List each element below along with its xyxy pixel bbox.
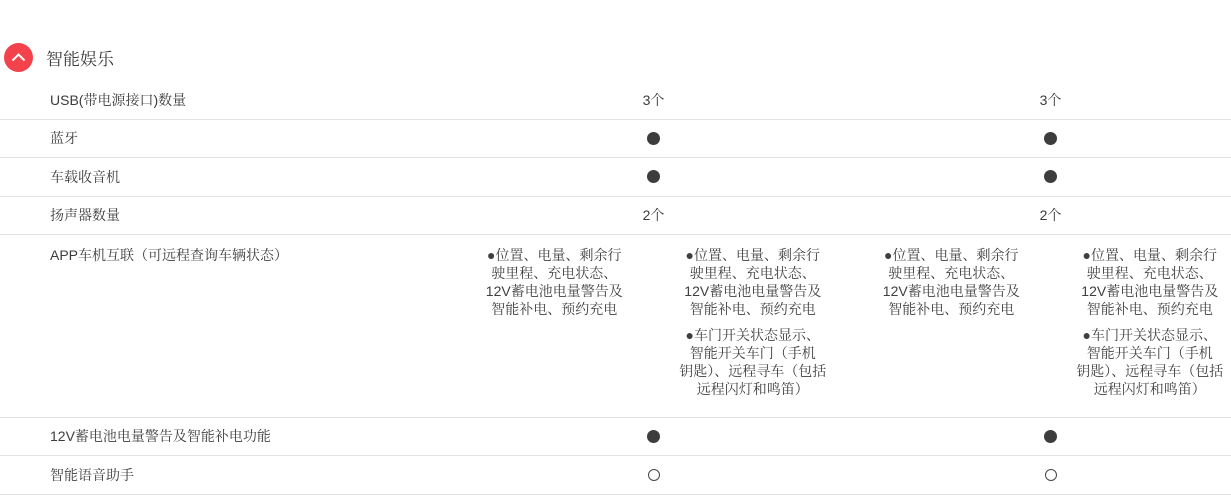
feature-list: ●车门开关状态显示、 智能开关车门（手机 钥匙）、远程寻车（包括 远程闪灯和鸣笛… <box>1071 326 1230 398</box>
section-header: 智能娱乐 <box>4 43 1231 72</box>
empty-dot-icon <box>648 469 660 481</box>
spec-row-bluetooth: 蓝牙 <box>0 120 1231 159</box>
spec-value: 2个 <box>1040 205 1062 225</box>
filled-dot-icon <box>1044 132 1057 145</box>
spec-label: 蓝牙 <box>0 129 455 147</box>
filled-dot-icon <box>647 430 660 443</box>
feature-list: ●位置、电量、剩余行 驶里程、充电状态、 12V蓄电池电量警告及 智能补电、预约… <box>872 246 1031 318</box>
spec-value-col-1: ●位置、电量、剩余行 驶里程、充电状态、 12V蓄电池电量警告及 智能补电、预约… <box>455 246 654 318</box>
spec-row-12v-battery-warning: 12V蓄电池电量警告及智能补电功能 <box>0 418 1231 457</box>
spec-row-speaker-count: 扬声器数量 2个 2个 <box>0 197 1231 236</box>
spec-row-voice-assistant: 智能语音助手 <box>0 456 1231 495</box>
spec-label: 扬声器数量 <box>0 206 455 224</box>
spec-table: USB(带电源接口)数量 3个 3个 蓝牙 车载收音机 <box>0 81 1231 495</box>
spec-row-app-connectivity: APP车机互联（可远程查询车辆状态） ●位置、电量、剩余行 驶里程、充电状态、 … <box>0 235 1231 418</box>
feature-list: ●位置、电量、剩余行 驶里程、充电状态、 12V蓄电池电量警告及 智能补电、预约… <box>674 246 833 318</box>
spec-value-group-1 <box>455 170 852 183</box>
spec-value: 3个 <box>643 90 665 110</box>
spec-label: 12V蓄电池电量警告及智能补电功能 <box>0 427 455 445</box>
spec-value-col-4: ●位置、电量、剩余行 驶里程、充电状态、 12V蓄电池电量警告及 智能补电、预约… <box>1051 246 1231 398</box>
spec-label: USB(带电源接口)数量 <box>0 91 455 109</box>
spec-value-group-2: 2个 <box>852 205 1231 225</box>
spec-value-group-2 <box>852 469 1231 481</box>
filled-dot-icon <box>647 132 660 145</box>
spec-value: 2个 <box>643 205 665 225</box>
section-title: 智能娱乐 <box>46 45 114 70</box>
filled-dot-icon <box>1044 170 1057 183</box>
collapse-section-button[interactable] <box>4 43 33 72</box>
spec-value-group-1: 2个 <box>455 205 852 225</box>
spec-value-group-1 <box>455 430 852 443</box>
spec-value-group-1 <box>455 132 852 145</box>
spec-value: 3个 <box>1040 90 1062 110</box>
spec-comparison-section: 智能娱乐 USB(带电源接口)数量 3个 3个 蓝牙 车载收音机 <box>0 0 1231 495</box>
spec-value-col-3: ●位置、电量、剩余行 驶里程、充电状态、 12V蓄电池电量警告及 智能补电、预约… <box>852 246 1051 318</box>
filled-dot-icon <box>1044 430 1057 443</box>
spec-value-group-2: 3个 <box>852 90 1231 110</box>
spec-value-col-2: ●位置、电量、剩余行 驶里程、充电状态、 12V蓄电池电量警告及 智能补电、预约… <box>654 246 853 398</box>
empty-dot-icon <box>1045 469 1057 481</box>
feature-list: ●位置、电量、剩余行 驶里程、充电状态、 12V蓄电池电量警告及 智能补电、预约… <box>475 246 634 318</box>
chevron-up-icon <box>11 53 26 62</box>
spec-value-group-2 <box>852 170 1231 183</box>
feature-list: ●位置、电量、剩余行 驶里程、充电状态、 12V蓄电池电量警告及 智能补电、预约… <box>1071 246 1230 318</box>
spec-value-group-2 <box>852 132 1231 145</box>
spec-label: 智能语音助手 <box>0 466 455 484</box>
filled-dot-icon <box>647 170 660 183</box>
spec-row-usb-count: USB(带电源接口)数量 3个 3个 <box>0 81 1231 120</box>
feature-list: ●车门开关状态显示、 智能开关车门（手机 钥匙）、远程寻车（包括 远程闪灯和鸣笛… <box>674 326 833 398</box>
spec-label: 车载收音机 <box>0 168 455 186</box>
spec-value-group-1 <box>455 469 852 481</box>
spec-value-group-1: 3个 <box>455 90 852 110</box>
spec-value-group-2 <box>852 430 1231 443</box>
spec-label: APP车机互联（可远程查询车辆状态） <box>0 246 455 264</box>
spec-row-radio: 车载收音机 <box>0 158 1231 197</box>
